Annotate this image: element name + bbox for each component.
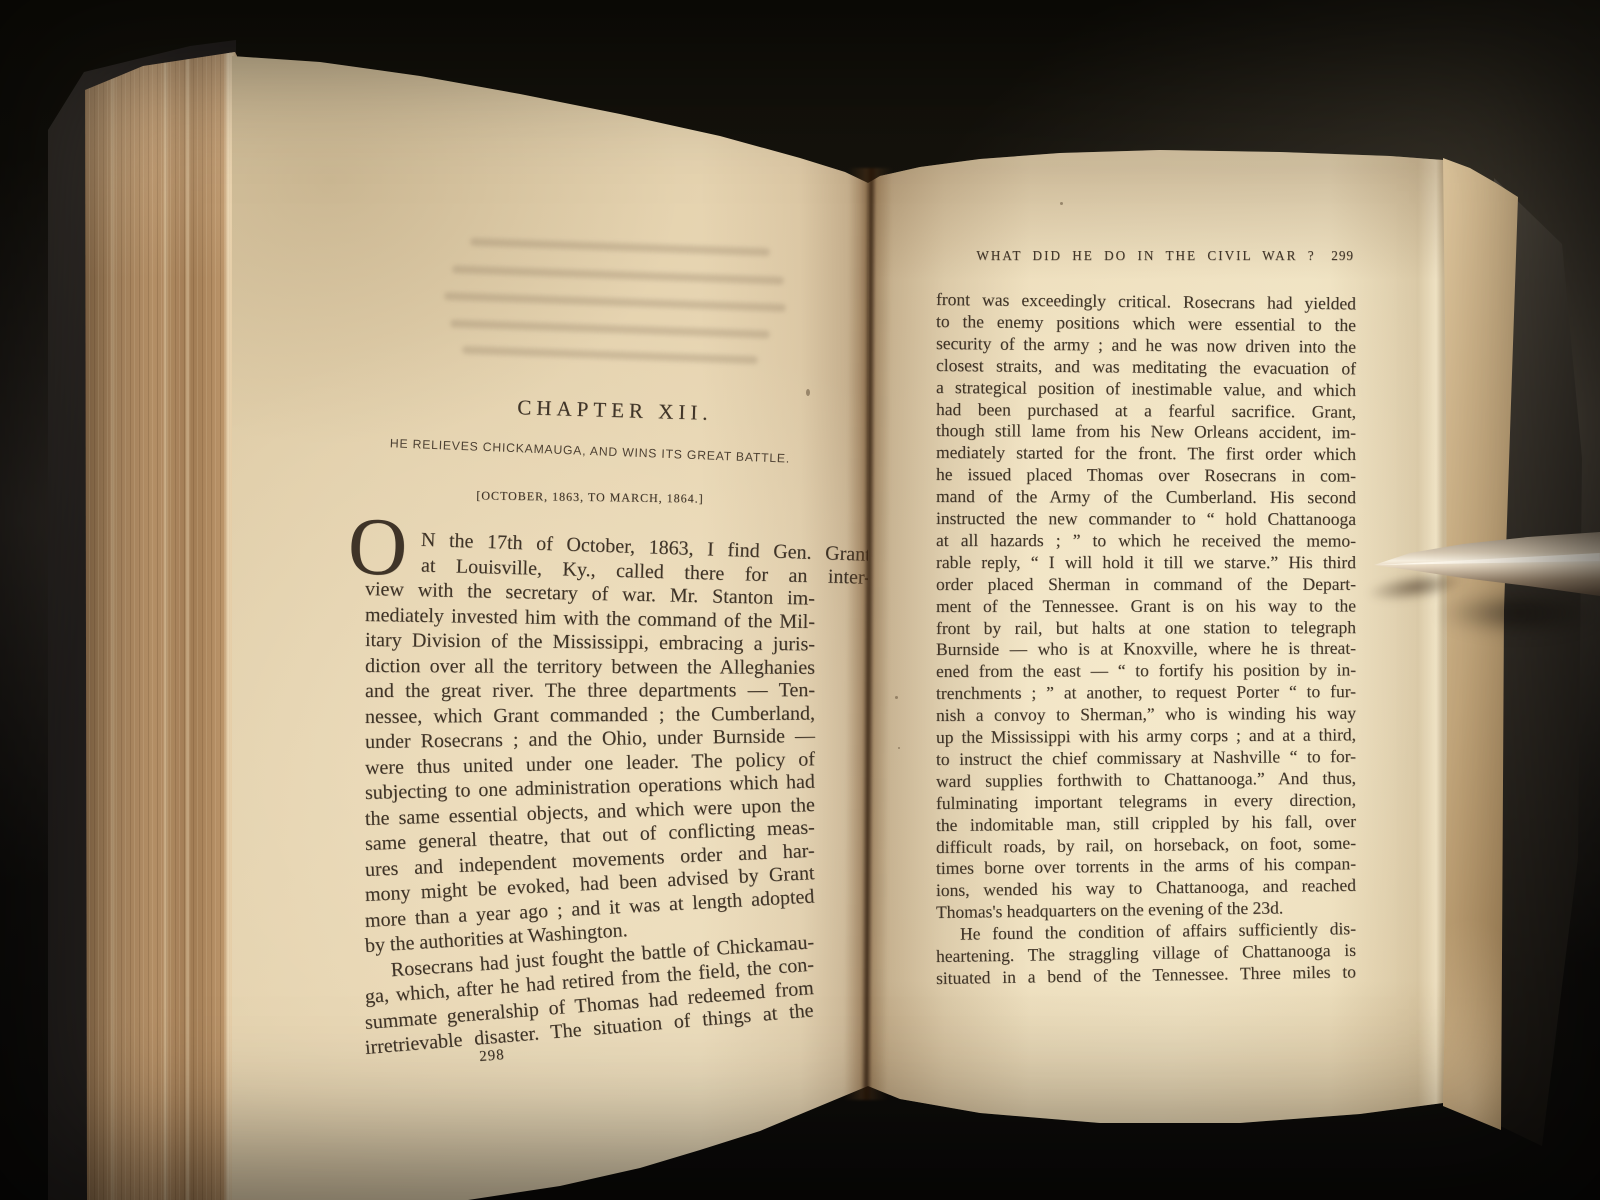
- text-line: nish a convoy to Sherman,” who is windin…: [936, 703, 1356, 727]
- right-page-body: front was exceedingly critical. Rosecran…: [936, 289, 1356, 989]
- paper-fleck: [898, 747, 900, 749]
- chapter-date-range: [OCTOBER, 1863, TO MARCH, 1864.]: [365, 487, 815, 508]
- chapter-subtitle: HE RELIEVES CHICKAMAUGA, AND WINS ITS GR…: [365, 435, 815, 466]
- text-line: trenchments ; ” at another, to request P…: [936, 681, 1356, 705]
- text-line: and the great river. The three departmen…: [365, 678, 815, 704]
- show-through-text: [462, 346, 758, 364]
- text-line: he issued placed Thomas over Rosecrans i…: [936, 464, 1356, 488]
- running-header: WHAT DID HE DO IN THE CIVIL WAR ? 299: [936, 248, 1356, 268]
- show-through-text: [450, 319, 770, 338]
- text-line: mediately started for the front. The fir…: [936, 442, 1356, 466]
- paper-fleck: [806, 389, 810, 396]
- text-line: mand of the Army of the Cumberland. His …: [936, 486, 1356, 509]
- paper-fleck: [895, 696, 898, 699]
- paper-fleck: [1060, 202, 1063, 205]
- show-through-text: [470, 238, 770, 256]
- text-line: order placed Sherman in command of the D…: [936, 573, 1356, 595]
- text-line: a strategical position of inestimable va…: [936, 377, 1356, 402]
- chapter-heading: CHAPTER XII.: [390, 391, 841, 429]
- text-line: Burnside — who is at Knoxville, where he…: [936, 638, 1356, 661]
- text-line: rable reply, “ I will hold it till we st…: [936, 552, 1356, 574]
- show-through-text: [444, 292, 786, 312]
- text-line: itary Division of the Mississippi, embra…: [365, 628, 815, 657]
- text-line: up the Mississippi with his army corps ;…: [936, 724, 1356, 749]
- text-line: front by rail, but halts at one station …: [936, 617, 1356, 640]
- text-line: closest straits, and was meditating the …: [936, 355, 1356, 380]
- text-line: at all hazards ; ” to which he received …: [936, 530, 1356, 552]
- left-page-body: N the 17th of October, 1863, I find Gen.…: [365, 526, 815, 1071]
- text-line: ment of the Tennessee. Grant is on his w…: [936, 595, 1356, 618]
- running-header-title: WHAT DID HE DO IN THE CIVIL WAR ?: [976, 248, 1315, 263]
- text-line: diction over all the territory between t…: [365, 654, 815, 681]
- text-line: instructed the new commander to “ hold C…: [936, 508, 1356, 531]
- show-through-text: [452, 265, 784, 285]
- text-line: ened from the east — “ to fortify his po…: [936, 660, 1356, 684]
- text-line: though still lame from his New Orleans a…: [936, 420, 1356, 444]
- book-gutter-shadow: [844, 168, 893, 1100]
- blade-cast-shadow: [1438, 592, 1600, 634]
- open-book-photo: CHAPTER XII. HE RELIEVES CHICKAMAUGA, AN…: [0, 0, 1600, 1200]
- left-page-block-fore-edge: [85, 50, 237, 1200]
- page-number-right: 299: [1331, 248, 1354, 264]
